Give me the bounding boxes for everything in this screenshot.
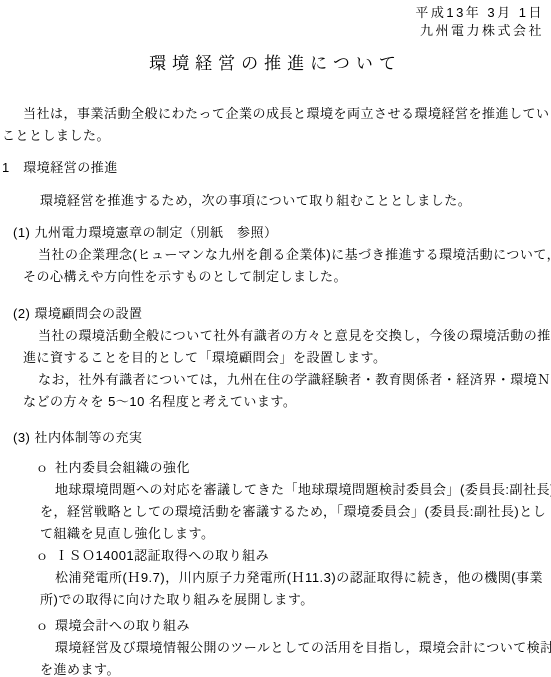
subsection-heading: (2) 環境顧問会の設置	[13, 303, 551, 325]
subsection-heading: (3) 社内体制等の充実	[13, 427, 551, 449]
document-title: 環境経営の推進について	[0, 52, 551, 75]
bullet-item: ｏＩＳＯ14001認証取得への取り組み 松浦発電所(Ｈ9.7)，川内原子力発電所…	[0, 545, 551, 611]
body-line: 当社の企業理念(ヒューマンな九州を創る企業体)に基づき推進する環境活動について，	[38, 244, 551, 266]
bullet-label: ＩＳＯ14001認証取得への取り組み	[55, 548, 269, 563]
subsection-2: (2) 環境顧問会の設置 当社の環境活動全般について社外有識者の方々と意見を交換…	[0, 303, 551, 413]
bullet-item: ｏ社内委員会組織の強化 地球環境問題への対応を審議してきた「地球環境問題検討委員…	[0, 457, 551, 545]
body-line: 当社の環境活動全般について社外有識者の方々と意見を交換し，今後の環境活動の推	[38, 325, 551, 347]
section-lead: 環境経営を推進するため，次の事項について取り組むこととしました。	[40, 190, 551, 212]
body-line: を進めます。	[40, 659, 551, 677]
body-line: 環境経営及び環境情報公開のツールとしての活用を目指し，環境会計について検討	[55, 637, 551, 659]
subsection-1: (1) 九州電力環境憲章の制定（別紙 参照） 当社の企業理念(ヒューマンな九州を…	[0, 222, 551, 288]
bullet-marker: ｏ	[36, 545, 55, 567]
section-heading: 1 環境経営の推進	[2, 157, 551, 179]
body-line: その心構えや方向性を示すものとして制定しました。	[23, 266, 551, 288]
bullet-label: 社内委員会組織の強化	[55, 460, 190, 475]
bullet-marker: ｏ	[36, 457, 55, 479]
company-name: 九州電力株式会社	[0, 22, 544, 40]
body-line: て組織を見直し強化します。	[40, 523, 551, 545]
bullet-label: 環境会計への取り組み	[55, 618, 190, 633]
bullet-row: ｏ環境会計への取り組み	[36, 615, 551, 637]
body-line: などの方々を 5～10 名程度と考えています。	[23, 391, 551, 413]
document-page: 平成13年 3月 1日 九州電力株式会社 環境経営の推進について 当社は，事業活…	[0, 0, 551, 677]
document-date: 平成13年 3月 1日	[0, 4, 544, 22]
bullet-marker: ｏ	[36, 615, 55, 637]
bullet-row: ｏＩＳＯ14001認証取得への取り組み	[36, 545, 551, 567]
bullet-row: ｏ社内委員会組織の強化	[36, 457, 551, 479]
subsection-3: (3) 社内体制等の充実 ｏ社内委員会組織の強化 地球環境問題への対応を審議して…	[0, 427, 551, 677]
body-line: 所)での取得に向けた取り組みを展開します。	[40, 589, 551, 611]
body-line: 進に資することを目的として「環境顧問会」を設置します。	[23, 347, 551, 369]
intro-paragraph: 当社は，事業活動全般にわたって企業の成長と環境を両立させる環境経営を推進していく…	[0, 103, 551, 147]
subsection-heading: (1) 九州電力環境憲章の制定（別紙 参照）	[13, 222, 551, 244]
document-header: 平成13年 3月 1日 九州電力株式会社	[0, 0, 551, 40]
bullet-item: ｏ環境会計への取り組み 環境経営及び環境情報公開のツールとしての活用を目指し，環…	[0, 615, 551, 677]
body-line: 地球環境問題への対応を審議してきた「地球環境問題検討委員会」(委員長:副社長)	[55, 479, 551, 501]
body-line: なお，社外有識者については，九州在住の学識経験者・教育関係者・経済界・環境ＮＧＯ	[38, 369, 551, 391]
body-line: 松浦発電所(Ｈ9.7)，川内原子力発電所(Ｈ11.3)の認証取得に続き，他の機関…	[55, 567, 551, 589]
intro-line: こととしました。	[2, 125, 551, 147]
body-line: を，経営戦略としての環境活動を審議するため，「環境委員会」(委員長:副社長)とし	[40, 501, 551, 523]
intro-line: 当社は，事業活動全般にわたって企業の成長と環境を両立させる環境経営を推進していく	[23, 103, 551, 125]
